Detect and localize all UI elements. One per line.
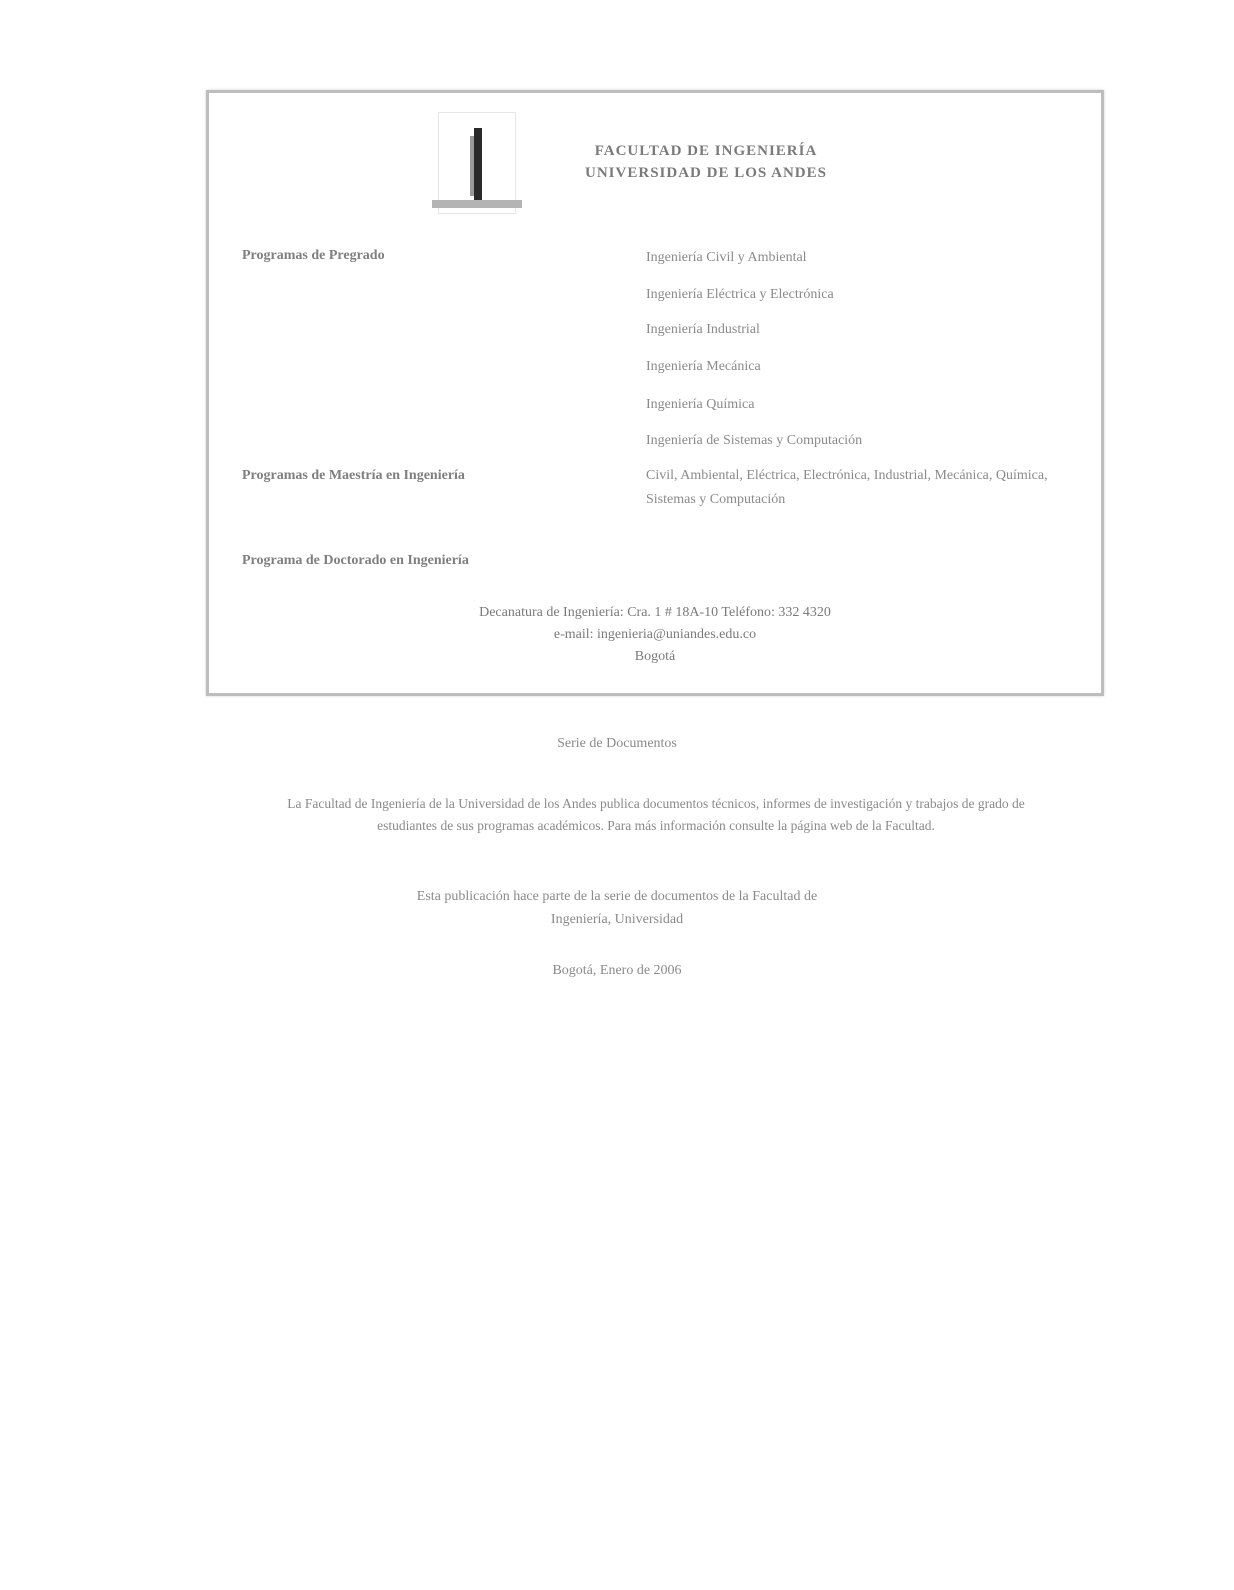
faculty-name: FACULTAD DE INGENIERÍA	[536, 140, 876, 162]
university-logo-icon	[432, 112, 522, 217]
masters-programs: Civil, Ambiental, Eléctrica, Electrónica…	[646, 464, 1056, 512]
contact-city: Bogotá	[206, 646, 1104, 668]
undergrad-program: Ingeniería Mecánica	[646, 355, 1056, 379]
masters-label: Programas de Maestría en Ingeniería	[242, 468, 465, 484]
series-note-line2: Ingeniería, Universidad	[0, 909, 1234, 931]
series-description: La Facultad de Ingeniería de la Universi…	[276, 793, 1036, 837]
series-title: Serie de Documentos	[0, 733, 1234, 755]
undergrad-program: Ingeniería Eléctrica y Electrónica	[646, 283, 1056, 307]
undergrad-program: Ingeniería Industrial	[646, 318, 1056, 342]
contact-block: Decanatura de Ingeniería: Cra. 1 # 18A-1…	[206, 602, 1104, 668]
contact-address: Decanatura de Ingeniería: Cra. 1 # 18A-1…	[206, 602, 1104, 624]
institution-heading: FACULTAD DE INGENIERÍA UNIVERSIDAD DE LO…	[536, 140, 876, 184]
publication-date: Bogotá, Enero de 2006	[0, 960, 1234, 982]
series-note-line1: Esta publicación hace parte de la serie …	[0, 886, 1234, 908]
university-name: UNIVERSIDAD DE LOS ANDES	[536, 162, 876, 184]
undergrad-program: Ingeniería Química	[646, 393, 1056, 417]
contact-email: e-mail: ingenieria@uniandes.edu.co	[206, 624, 1104, 646]
undergrad-label: Programas de Pregrado	[242, 248, 385, 264]
doctorate-label: Programa de Doctorado en Ingeniería	[242, 553, 469, 569]
undergrad-program: Ingeniería de Sistemas y Computación	[646, 429, 1056, 453]
undergrad-program: Ingeniería Civil y Ambiental	[646, 246, 1056, 270]
